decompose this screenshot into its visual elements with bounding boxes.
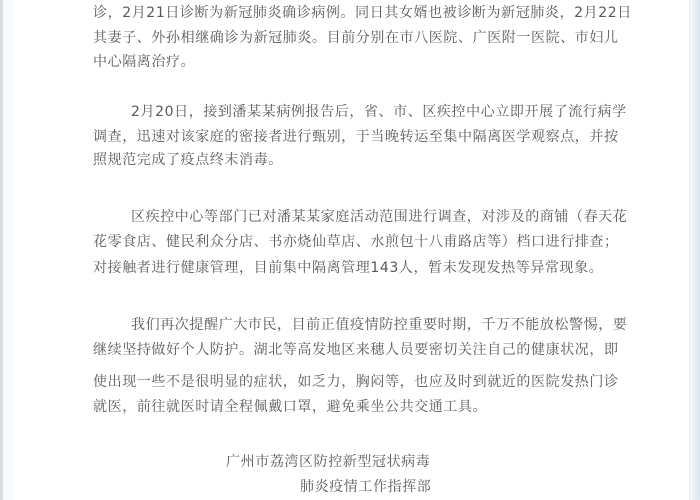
text-line: 中心隔离治疗。 — [93, 53, 195, 71]
page-left-gutter — [3, 0, 13, 500]
signature-organization: 广州市荔湾区防控新型冠状病毒 — [226, 453, 430, 471]
text-line: 其妻子、外孙相继确诊为新冠肺炎。目前分别在市八医院、广医附一医院、市妇儿 — [93, 29, 619, 47]
text-line: 照规范完成了疫点终末消毒。 — [93, 151, 283, 169]
text-line: 使出现一些不是很明显的症状，如乏力，胸闷等，也应及时到就近的医院发热门诊 — [93, 373, 619, 391]
text-line: 区疾控中心等部门已对潘某某家庭活动范围进行调查，对涉及的商铺（春天花 — [93, 208, 627, 226]
text-line: 调查，迅速对该家庭的密接者进行甄别，于当晚转运至集中隔离医学观察点，并按 — [93, 128, 619, 146]
text-line: 继续坚持做好个人防护。湖北等高发地区来穗人员要密切关注自己的健康状况，即 — [93, 341, 619, 359]
text-line: 诊，2月21日诊断为新冠肺炎确诊病例。同日其女婿也被诊断为新冠肺炎，2月22日 — [93, 4, 632, 22]
text-line: 对接触者进行健康管理，目前集中隔离管理143人，暂未发现发热等异常现象。 — [93, 259, 603, 277]
signature-department: 肺炎疫情工作指挥部 — [300, 478, 431, 496]
page-right-border — [690, 0, 700, 500]
text-line: 我们再次提醒广大市民，目前正值疫情防控重要时期，千万不能放松警惕，要 — [93, 316, 627, 334]
text-line: 就医，前往就医时请全程佩戴口罩，避免乘坐公共交通工具。 — [93, 398, 487, 416]
text-line: 2月20日，接到潘某某病例报告后，省、市、区疾控中心立即开展了流行病学 — [93, 103, 627, 121]
text-line: 花零食店、健民利众分店、书亦烧仙草店、水煎包十八甫路店等）档口进行排查； — [93, 233, 619, 251]
